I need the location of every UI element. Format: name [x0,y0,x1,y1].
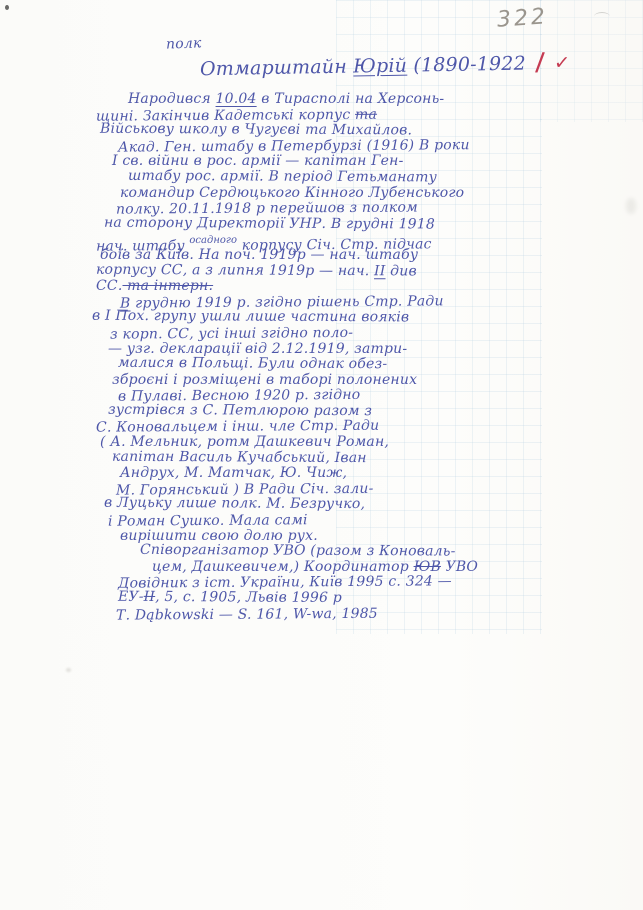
handwriting-line: Андрух, М. Матчак, Ю. Чиж, [120,466,578,482]
handwriting-line: нач. штабу осадного корпусу Січ. Стр. пі… [96,231,578,250]
handwriting-line: Народився 10.04 в Тирасполі на Херсонь- [128,92,578,108]
scan-artifact-dot [66,668,71,672]
title-line: Отмарштайн Юрій (1890-1922 / ✓ [200,49,570,81]
scan-artifact-squiggle [594,12,610,21]
handwriting-line: Співорганізатор УВО (разом з Коноваль- [140,543,578,561]
handwriting-line: капітан Василь Кучабський, Іван [112,449,578,467]
handwriting-line: С. Коновальцем і інш. чле Стр. Ради [96,418,578,437]
red-slash-icon: / [535,47,546,78]
handwriting-line: штабу рос. армії. В період Гетьманату [128,169,578,187]
handwriting-line: Т. Dąbkowski — S. 161, W-wa, 1985 [116,605,578,624]
handwriting-line: СС. та інтерн. [96,279,578,295]
handwriting-line: корпусу СС, а з липня 1919р — нач. ІІ ди… [96,262,578,280]
handwriting-line: з корп. СС, усі інші згідно поло- [110,324,578,343]
manuscript-text: Народився 10.04 в Тирасполі на Херсонь-щ… [88,92,578,622]
handwriting-line: командир Сердюцького Кінного Лубенського [120,186,578,202]
title-text: Отмарштайн Юрій (1890-1922 [200,53,526,81]
red-checkmark: / ✓ [536,49,570,76]
handwriting-line: Акад. Ген. штабу в Петербурзі (1916) В р… [118,137,578,156]
scanned-page: 322 полк Отмарштайн Юрій (1890-1922 / ✓ … [0,0,643,910]
page-number: 322 [496,4,549,32]
handwriting-line: і Роман Сушко. Мала самі [108,511,578,530]
rank-label: полк [166,35,202,52]
handwriting-line: малися в Польщі. Були однак обез- [118,356,578,374]
scan-artifact-smudge [626,198,636,214]
scan-artifact-speck [5,5,9,10]
red-check-icon: ✓ [553,52,570,75]
